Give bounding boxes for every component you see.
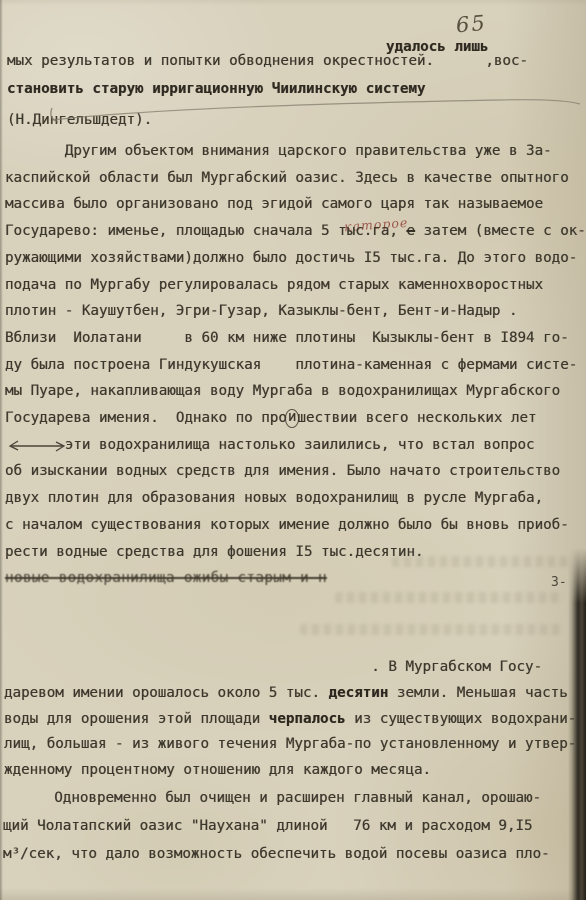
text-line: воды для орошения этой площади черпалось… — [4, 707, 586, 733]
page-edge-shadow — [568, 548, 586, 900]
text-line: ружающими хозяйствами)должно было достич… — [5, 245, 586, 272]
erased-text-smudge — [300, 624, 562, 635]
text-line: м³/сек, что дало возможность обеспечить … — [3, 840, 586, 868]
text-line: Другим объектом внимания царского правит… — [5, 138, 586, 165]
text-line: эти водохранилища настолько заилились, ч… — [5, 432, 586, 459]
text-line: Государева имения. Однако по проишествии… — [5, 405, 586, 432]
text-line: мы Пуаре, накапливающая воду Мургаба в в… — [5, 378, 586, 405]
double-arrow-icon — [6, 438, 68, 454]
paragraph-canal: Одновременно был очищен и расширен главн… — [3, 784, 586, 868]
text-line: Вблизи Иолатани в 60 км ниже плотины Кыз… — [5, 325, 586, 352]
text-line: лищ, большая - из живого течения Мургаба… — [4, 732, 586, 758]
text-line: с началом существования которых имение д… — [5, 512, 586, 539]
margin-mark: 3- — [551, 575, 567, 590]
opening-line-1: мых результатов и попытки обводнения окр… — [7, 53, 528, 69]
erased-text-smudge — [392, 556, 570, 567]
text-line: ду была построена Гиндукушская плотина-к… — [5, 352, 586, 379]
handwritten-page-number: 65 — [455, 11, 488, 38]
document-page: 65 удалось лишь мых результатов и попытк… — [0, 0, 586, 900]
text-line: подача по Мургабу регулировалась рядом с… — [5, 272, 586, 299]
text-line: каспийской области был Мургабский оазис.… — [5, 165, 586, 192]
text-line: об изыскании водных средств для имения. … — [5, 458, 586, 485]
text-line: Одновременно был очищен и расширен главн… — [3, 784, 586, 812]
text-line: двух плотин для образования новых водохр… — [5, 485, 586, 512]
text-line: . В Мургабском Госу- — [4, 655, 586, 681]
text-line: Государево: именье, площадью сначала 5 т… — [5, 218, 586, 245]
handwritten-curve-icon — [0, 90, 586, 130]
text-line: массива было организовано под эгидой сам… — [5, 191, 586, 218]
text-line: жденному процентному отношению для каждо… — [4, 758, 586, 784]
text-line: щий Чолатапский оазис "Наухана" длиной 7… — [3, 812, 586, 840]
text-line: плотин - Каушутбен, Эгри-Гузар, Казыклы-… — [5, 298, 586, 325]
text-line: новые водохранилища ожибы старым и н — [5, 565, 586, 592]
erased-text-smudge — [335, 592, 563, 603]
text-line: даревом имении орошалось около 5 тыс. де… — [4, 681, 586, 707]
paragraph-murgab: Другим объектом внимания царского правит… — [5, 138, 586, 592]
page-left-edge — [0, 0, 3, 900]
paragraph-estate: . В Мургабском Госу-даревом имении ороша… — [4, 655, 586, 784]
